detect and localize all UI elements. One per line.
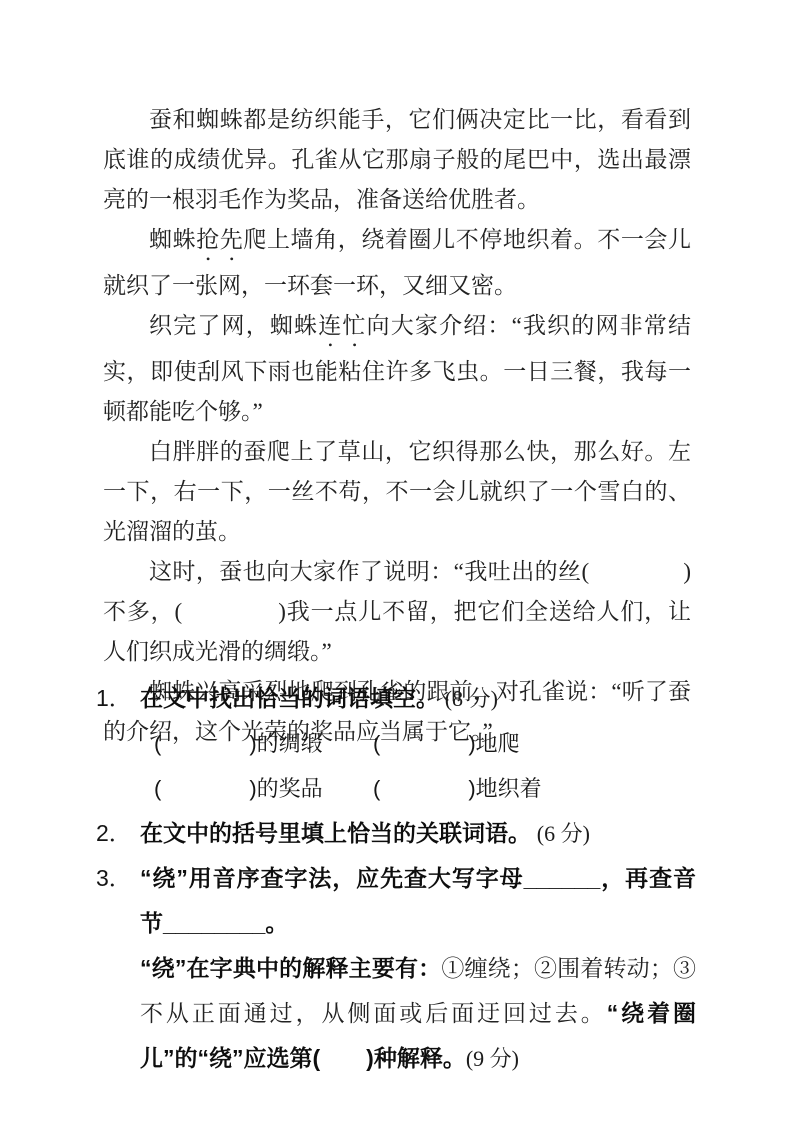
passage-text: 蚕和蜘蛛都是纺织能手，它们俩决定比一比，看看到底谁的成绩优异。孔雀从它那扇子般的… (103, 107, 691, 212)
question-3-line-2: “绕”在字典中的解释主要有：①缠绕；②围着转动；③不从正面通过，从侧面或后面迂回… (140, 946, 696, 1081)
question-1-number: 1． (96, 676, 132, 720)
passage-paragraph-4: 白胖胖的蚕爬上了草山，它织得那么快，那么好。左一下，右一下，一丝不苟，不一会儿就… (103, 432, 691, 552)
blank-cell: ( )地爬 (373, 721, 696, 766)
passage-text: 这时，蚕也向大家作了说明：“我吐出的丝( )不多，( )我一点儿不留，把它们全送… (103, 559, 691, 664)
passage-paragraph-1: 蚕和蜘蛛都是纺织能手，它们俩决定比一比，看看到底谁的成绩优异。孔雀从它那扇子般的… (103, 100, 691, 220)
question-2-score: (6 分) (537, 821, 590, 846)
passage-text: 蜘蛛 (149, 227, 196, 252)
passage-text: 白胖胖的蚕爬上了草山，它织得那么快，那么好。左一下，右一下，一丝不苟，不一会儿就… (103, 439, 691, 544)
passage-text: 织完了网，蜘蛛 (149, 313, 318, 338)
question-2-number: 2． (96, 811, 132, 855)
questions-section: 1． 在文中找出恰当的词语填空。 (8 分) ( )的绸缎 ( )地爬 ( )的… (96, 676, 696, 1081)
emphasized-word: 抢先 (196, 227, 243, 252)
question-3-number: 3． (96, 856, 132, 900)
worksheet-page: 蚕和蜘蛛都是纺织能手，它们俩决定比一比，看看到底谁的成绩优异。孔雀从它那扇子般的… (0, 0, 793, 1122)
question-3-line-1: “绕”用音序查字法，应先查大写字母______，再查音节________。 (140, 856, 696, 946)
blank-cell: ( )的奖品 (154, 766, 373, 811)
blank-cell: ( )的绸缎 (154, 721, 373, 766)
passage-paragraph-2: 蜘蛛抢先爬上墙角，绕着圈儿不停地织着。不一会儿就织了一张网，一环套一环，又细又密… (103, 220, 691, 306)
question-2-text: 在文中的括号里填上恰当的关联词语。 (140, 820, 531, 846)
question-3: 3． “绕”用音序查字法，应先查大写字母______，再查音节________。… (96, 856, 696, 1081)
reading-passage: 蚕和蜘蛛都是纺织能手，它们俩决定比一比，看看到底谁的成绩优异。孔雀从它那扇子般的… (103, 100, 691, 752)
question-1-score: (8 分) (445, 686, 498, 711)
question-3-text: “绕”用音序查字法，应先查大写字母______，再查音节________。 (140, 865, 696, 936)
question-1: 1． 在文中找出恰当的词语填空。 (8 分) ( )的绸缎 ( )地爬 ( )的… (96, 676, 696, 811)
question-2: 2． 在文中的括号里填上恰当的关联词语。 (6 分) (96, 811, 696, 856)
question-1-text: 在文中找出恰当的词语填空。 (140, 685, 439, 711)
question-3-dictionary-intro: “绕”在字典中的解释主要有： (140, 955, 441, 981)
emphasized-word: 连忙 (318, 313, 366, 338)
fill-blank-grid: ( )的绸缎 ( )地爬 ( )的奖品 ( )地织着 (140, 721, 696, 811)
passage-paragraph-5: 这时，蚕也向大家作了说明：“我吐出的丝( )不多，( )我一点儿不留，把它们全送… (103, 552, 691, 672)
passage-paragraph-3: 织完了网，蜘蛛连忙向大家介绍：“我织的网非常结实，即使刮风下雨也能粘住许多飞虫。… (103, 306, 691, 432)
blank-cell: ( )地织着 (373, 766, 696, 811)
question-3-score: (9 分) (466, 1046, 519, 1071)
